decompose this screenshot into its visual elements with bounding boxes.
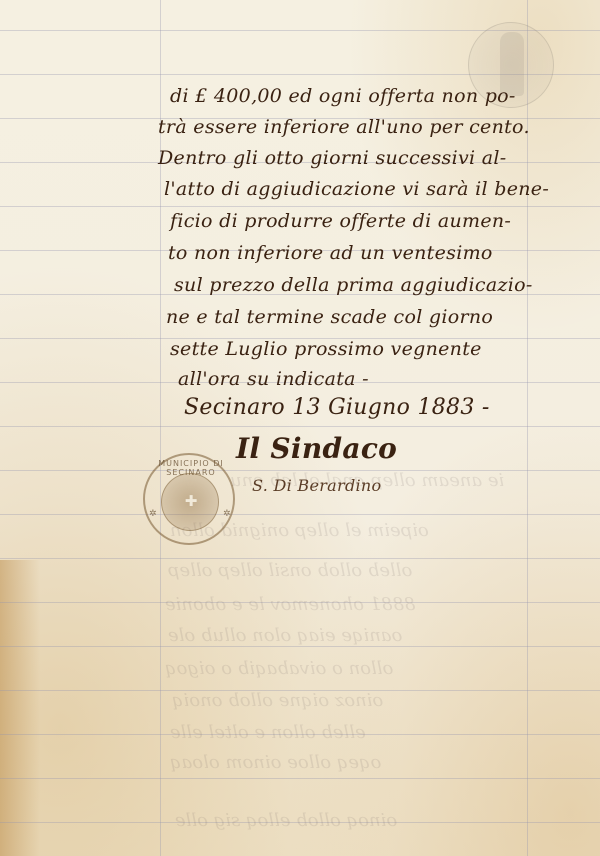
bleed-through-text: oinoq ollob elloq sig olle <box>175 810 397 831</box>
bleed-through-text: ollon o oivabaqib o oigoq <box>165 658 393 679</box>
ruled-line <box>0 778 600 779</box>
ruled-line <box>0 558 600 559</box>
body-line: trà essere inferiore all'uno per cento. <box>158 116 530 138</box>
bleed-through-text: oqeq olloe oinom oloaq <box>170 752 381 773</box>
manuscript-page: ie aneam ollep gnal ol lab onu oipeim el… <box>0 0 600 856</box>
ruled-line <box>0 426 600 427</box>
body-line: l'atto di aggiudicazione vi sarà il bene… <box>164 178 549 200</box>
bleed-through-text: oinoz oiqne ollob onoiq <box>172 690 383 711</box>
body-line: ne e tal termine scade col giorno <box>166 306 493 328</box>
municipal-stamp-icon: MUNICIPIO DI SECINARO ✚ ✲ ✲ <box>143 453 235 545</box>
bleed-through-text: 8881 ohonemov le e obonie <box>165 594 416 615</box>
body-line: ficio di produrre offerte di aumen- <box>170 210 511 232</box>
savoy-cross-icon: ✚ <box>183 493 199 509</box>
signature-title: Il Sindaco <box>236 432 397 465</box>
star-icon: ✲ <box>223 509 231 519</box>
body-line: sette Luglio prossimo vegnente <box>170 338 482 360</box>
signature-name: S. Di Berardino <box>252 476 381 495</box>
body-line: Dentro gli otto giorni successivi al- <box>158 147 506 169</box>
ruled-line <box>0 646 600 647</box>
star-icon: ✲ <box>149 509 157 519</box>
paper-stain <box>0 560 40 856</box>
bleed-through-text: oaniqe eiaq olon ollub ole <box>168 625 402 646</box>
ruled-line <box>0 514 600 515</box>
body-line: to non inferiore ad un ventesimo <box>168 242 493 264</box>
body-line: all'ora su indicata - <box>178 368 369 390</box>
bleed-through-text: elleb ollon e oltel elle <box>170 722 366 743</box>
body-line: sul prezzo della prima aggiudicazio- <box>174 274 533 296</box>
body-line: di £ 400,00 ed ogni offerta non po- <box>170 85 516 107</box>
bleed-through-text: olleb ollob onsil ollep ollep <box>168 560 412 581</box>
place-date-line: Secinaro 13 Giugno 1883 - <box>184 395 490 420</box>
ruled-line <box>0 206 600 207</box>
